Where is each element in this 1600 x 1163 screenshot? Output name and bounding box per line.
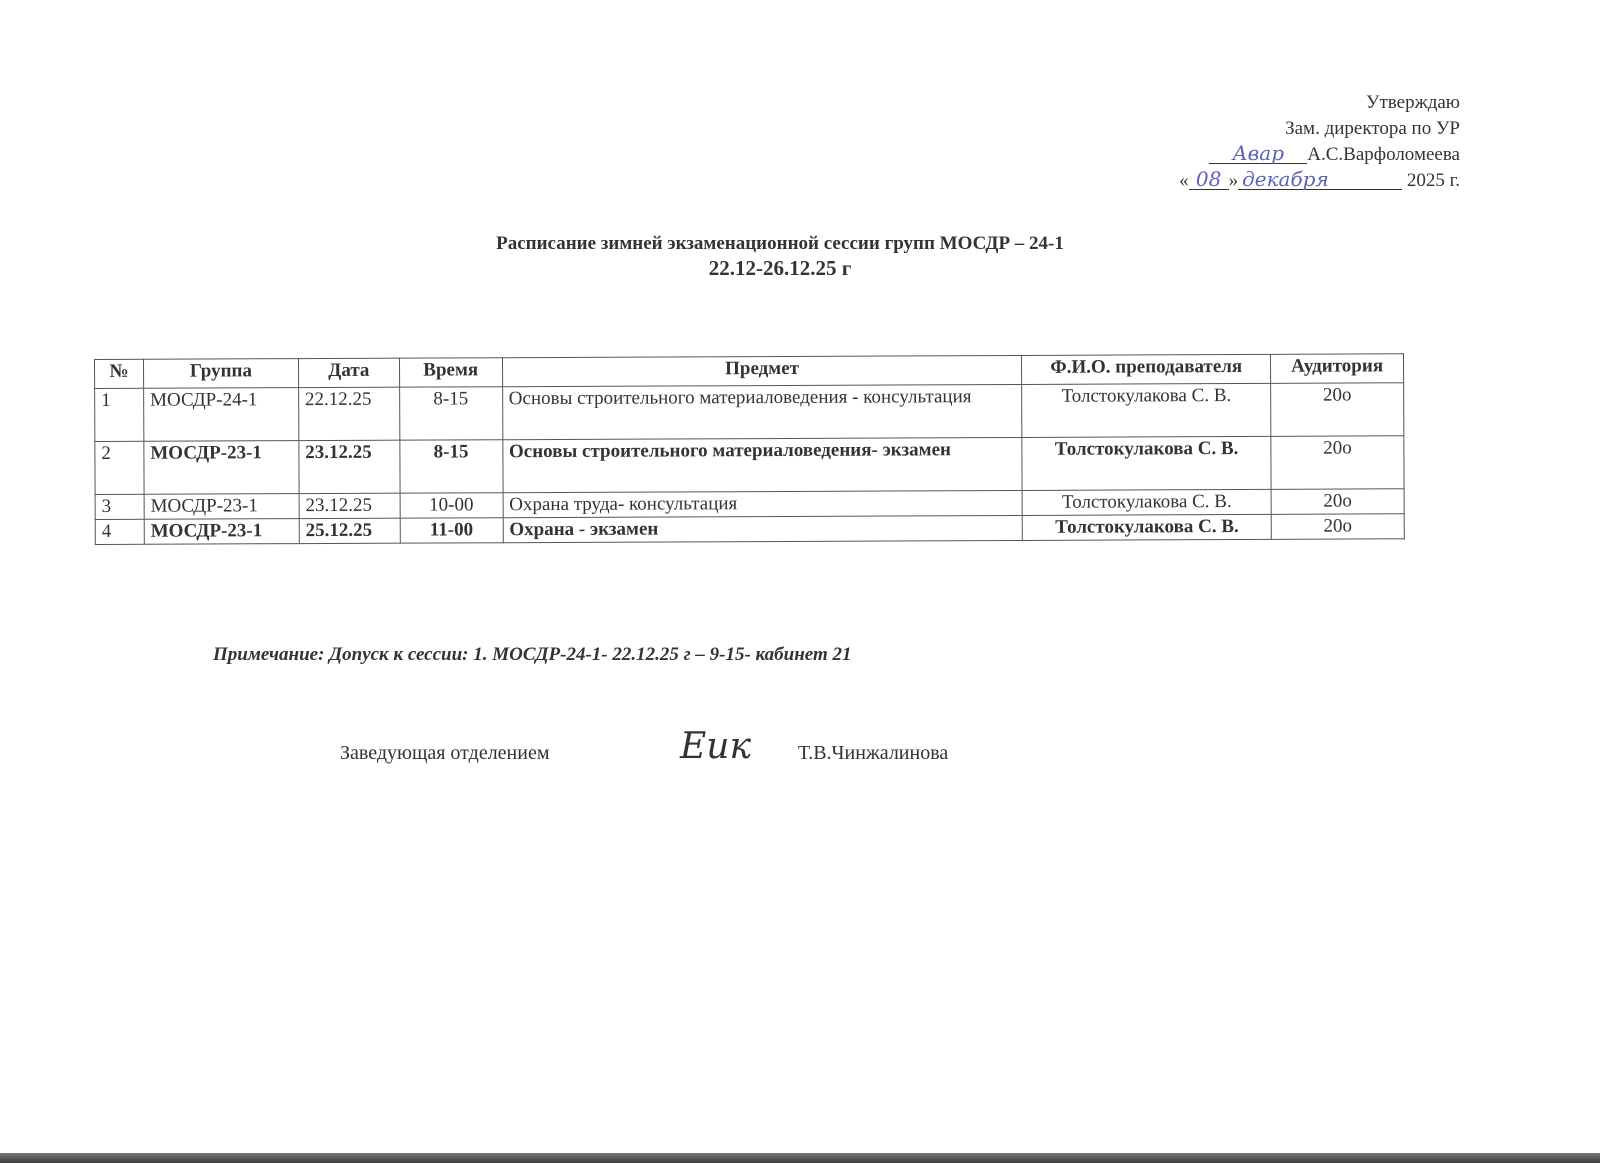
head-position: Заведующая отделением bbox=[340, 742, 550, 765]
cell-room: 20о bbox=[1271, 436, 1404, 490]
note: Примечание: Допуск к сессии: 1. МОСДР-24… bbox=[213, 644, 852, 666]
approval-day: 08 bbox=[1189, 169, 1229, 190]
header-time: Время bbox=[399, 358, 502, 387]
cell-group: МОСДР-24-1 bbox=[144, 388, 299, 442]
head-signature: Еик bbox=[680, 726, 751, 767]
cell-subject: Основы строительного материаловедения- э… bbox=[502, 437, 1022, 492]
cell-teacher: Толстокулакова С. В. bbox=[1023, 514, 1272, 540]
header-num: № bbox=[95, 359, 144, 388]
cell-time: 8-15 bbox=[399, 387, 502, 440]
cell-num: 1 bbox=[95, 388, 144, 441]
cell-room: 20о bbox=[1271, 514, 1404, 540]
document-title: Расписание зимней экзаменационной сессии… bbox=[420, 232, 1140, 280]
approval-signature: Авар bbox=[1209, 143, 1307, 164]
cell-group: МОСДР-23-1 bbox=[144, 494, 299, 520]
approval-date-line: «08»декабря 2025 г. bbox=[1179, 168, 1460, 194]
header-teacher: Ф.И.О. преподавателя bbox=[1022, 354, 1271, 384]
cell-time: 10-00 bbox=[400, 493, 503, 518]
cell-date: 23.12.25 bbox=[299, 493, 400, 518]
table-row: 1 МОСДР-24-1 22.12.25 8-15 Основы строит… bbox=[95, 383, 1404, 442]
cell-num: 2 bbox=[95, 441, 144, 494]
date-open-quote: « bbox=[1179, 170, 1189, 191]
cell-num: 4 bbox=[95, 519, 144, 544]
approval-position: Зам. директора по УР bbox=[1179, 116, 1460, 142]
cell-time: 11-00 bbox=[400, 518, 503, 543]
cell-date: 25.12.25 bbox=[299, 518, 400, 543]
title-line: Расписание зимней экзаменационной сессии… bbox=[420, 232, 1140, 256]
table-row: 4 МОСДР-23-1 25.12.25 11-00 Охрана - экз… bbox=[95, 514, 1404, 545]
cell-num: 3 bbox=[95, 494, 144, 519]
table-row: 2 МОСДР-23-1 23.12.25 8-15 Основы строит… bbox=[95, 436, 1404, 495]
approval-year: 2025 г. bbox=[1407, 170, 1460, 191]
head-name: Т.В.Чинжалинова bbox=[798, 742, 948, 765]
approval-month: декабря bbox=[1238, 169, 1402, 190]
header-date: Дата bbox=[298, 358, 399, 387]
cell-subject: Охрана - экзамен bbox=[503, 515, 1023, 542]
cell-room: 20о bbox=[1271, 383, 1404, 437]
cell-date: 23.12.25 bbox=[299, 440, 400, 493]
approval-signature-line: АварА.С.Варфоломеева bbox=[1179, 142, 1460, 168]
cell-group: МОСДР-23-1 bbox=[144, 519, 299, 545]
cell-group: МОСДР-23-1 bbox=[144, 441, 299, 495]
header-room: Аудитория bbox=[1271, 354, 1404, 384]
date-close-quote: » bbox=[1229, 170, 1239, 191]
cell-time: 8-15 bbox=[400, 440, 503, 493]
approval-block: Утверждаю Зам. директора по УР АварА.С.В… bbox=[1179, 90, 1460, 194]
cell-date: 22.12.25 bbox=[298, 387, 399, 440]
cell-teacher: Толстокулакова С. В. bbox=[1022, 489, 1271, 515]
scan-edge bbox=[0, 1153, 1600, 1163]
title-dates: 22.12-26.12.25 г bbox=[420, 256, 1140, 280]
approval-name: А.С.Варфоломеева bbox=[1307, 144, 1460, 165]
cell-teacher: Толстокулакова С. В. bbox=[1022, 436, 1271, 490]
cell-room: 20о bbox=[1271, 489, 1404, 515]
cell-subject: Основы строительного материаловедения - … bbox=[502, 384, 1022, 439]
header-group: Группа bbox=[143, 359, 298, 389]
header-subject: Предмет bbox=[502, 355, 1022, 386]
cell-subject: Охрана труда- консультация bbox=[503, 490, 1023, 517]
approval-heading: Утверждаю bbox=[1179, 90, 1460, 116]
schedule-table: № Группа Дата Время Предмет Ф.И.О. препо… bbox=[94, 353, 1405, 545]
cell-teacher: Толстокулакова С. В. bbox=[1022, 383, 1271, 437]
